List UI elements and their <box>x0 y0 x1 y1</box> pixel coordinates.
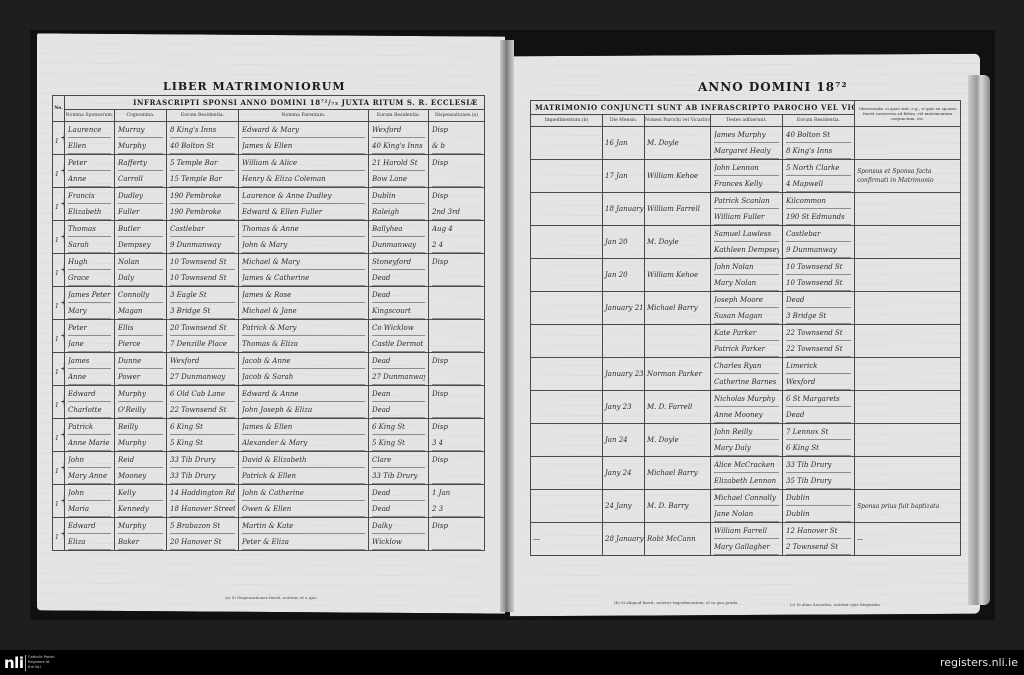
impediment <box>531 490 603 523</box>
observations: Sponsus et Sponsa facta confirmati in Ma… <box>855 160 961 193</box>
entry-line: Peter <box>68 321 111 336</box>
entry-line: Murphy <box>118 139 163 154</box>
entry-line: Dempsey <box>118 238 163 253</box>
observations <box>855 127 961 160</box>
parents-residence: DeanDead <box>369 386 429 419</box>
header-observations: Observanda, si quae sint; e.g., si quis … <box>855 101 961 127</box>
entry-line: Disp <box>432 519 481 534</box>
entry-line: James & Ellen <box>242 420 365 435</box>
surnames: KellyKennedy <box>115 485 167 518</box>
parents: Michael & MaryJames & Catherine <box>239 254 369 287</box>
entry-line: Kelly <box>118 486 163 501</box>
entry-number: 1{ <box>53 221 65 254</box>
entry-line <box>432 469 481 484</box>
priest-text: M. Doyle <box>647 436 679 444</box>
entry-line: Stoneyford <box>372 255 425 270</box>
entry-line: Magan <box>118 304 163 319</box>
entry-line: Disp <box>432 420 481 435</box>
impediment <box>531 193 603 226</box>
surnames: ReillyMurphy <box>115 419 167 452</box>
col-header-impediment: Impedimentum.(b) <box>531 115 603 127</box>
entry-line: John Joseph & Eliza <box>242 403 365 418</box>
marriage-celebration-row: 18 JanuaryWilliam FarrellPatrick Scanlan… <box>531 193 961 226</box>
dispensation: Disp <box>429 518 485 551</box>
entry-line: Dead <box>372 403 425 418</box>
marriage-entry-row: 1{James PeterMaryConnollyMagan3 Eagle St… <box>53 287 485 320</box>
parents-residence: 6 King St5 King St <box>369 419 429 452</box>
officiating-priest: M. D. Farrell <box>645 391 711 424</box>
marriage-date <box>603 325 645 358</box>
entry-line: 6 King St <box>170 420 235 435</box>
entry-line: Rafferty <box>118 156 163 171</box>
parents-residence: DalkyWicklow <box>369 518 429 551</box>
entry-line: 2 Townsend St <box>786 540 851 555</box>
date-text: 24 Jany <box>605 502 632 510</box>
entry-line: Henry & Eliza Coleman <box>242 172 365 187</box>
entry-line: John Reilly <box>714 425 779 440</box>
surnames: ButlerDempsey <box>115 221 167 254</box>
entry-line: Maria <box>68 502 111 517</box>
entry-line: Kilcommon <box>786 194 851 209</box>
witness-residence: Dead3 Bridge St <box>783 292 855 325</box>
entry-line: Dead <box>372 354 425 369</box>
page-title-left: LIBER MATRIMONIORUM <box>163 80 346 93</box>
surnames: ConnollyMagan <box>115 287 167 320</box>
marriage-celebration-row: Jan 20M. DoyleSamuel LawlessKathleen Dem… <box>531 226 961 259</box>
entry-line: 5 King St <box>170 436 235 451</box>
entry-line: Mary Daly <box>714 441 779 456</box>
entry-line: Disp <box>432 189 481 204</box>
date-text: Jany 24 <box>605 469 632 477</box>
entry-line <box>432 337 481 352</box>
entry-line: 190 St Edmunds <box>786 210 851 225</box>
entry-line: Ellen <box>68 139 111 154</box>
entry-line: Disp <box>432 156 481 171</box>
marriage-date: 18 January <box>603 193 645 226</box>
date-text: Jany 23 <box>605 403 632 411</box>
entry-line: 2 4 <box>432 238 481 253</box>
entry-line: Michael Connolly <box>714 491 779 506</box>
witness-residence: LimerickWexford <box>783 358 855 391</box>
priest-text: M. D. Barry <box>647 502 688 510</box>
book-gutter <box>500 40 514 612</box>
entry-line: 6 St Margarets <box>786 392 851 407</box>
parents: John & CatherineOwen & Ellen <box>239 485 369 518</box>
entry-line: John & Catherine <box>242 486 365 501</box>
parents-residence: Wexford40 King's Inns <box>369 122 429 155</box>
officiating-priest: Norman Parker <box>645 358 711 391</box>
entry-line: 4 Mapwell <box>786 177 851 192</box>
marriage-entry-row: 1{JamesAnneDunnePowerWexford27 Dunmanway… <box>53 353 485 386</box>
entry-line: Edward & Mary <box>242 123 365 138</box>
header-number: No. <box>53 96 65 122</box>
entry-line: Reid <box>118 453 163 468</box>
groom-bride-names: James PeterMary <box>65 287 115 320</box>
entry-line: Baker <box>118 535 163 550</box>
entry-line: Thomas & Anne <box>242 222 365 237</box>
entry-line: Frances Kelly <box>714 177 779 192</box>
entry-line: Dead <box>372 271 425 286</box>
parents: David & ElizabethPatrick & Ellen <box>239 452 369 485</box>
groom-bride-names: JohnMary Anne <box>65 452 115 485</box>
groom-bride-names: JohnMaria <box>65 485 115 518</box>
entry-line: 6 Old Cab Lane <box>170 387 235 402</box>
entry-line <box>432 403 481 418</box>
entry-line: Patrick & Mary <box>242 321 365 336</box>
footnote-c: (c) Si alius Sacerdos, notetur ejus Disp… <box>790 602 881 607</box>
dispensation <box>429 320 485 353</box>
marriage-register-table-right: MATRIMONIO CONJUNCTI SUNT AB INFRASCRIPT… <box>530 100 961 556</box>
entry-line: 33 Tib Drury <box>786 458 851 473</box>
entry-line: 3 Bridge St <box>786 309 851 324</box>
entry-line: Peter <box>68 156 111 171</box>
header-matrimonio: MATRIMONIO CONJUNCTI SUNT AB INFRASCRIPT… <box>531 101 855 115</box>
entry-line: 6 King St <box>372 420 425 435</box>
observations <box>855 226 961 259</box>
entry-line: James Murphy <box>714 128 779 143</box>
priest-text: William Farrell <box>647 205 700 213</box>
date-text: Jan 20 <box>605 238 628 246</box>
entry-line: 9 Dunmanway <box>786 243 851 258</box>
entry-line: James Peter <box>68 288 111 303</box>
entry-number: 1{ <box>53 518 65 551</box>
entry-line: 9 Dunmanway <box>170 238 235 253</box>
brace-icon: { <box>59 358 65 379</box>
entry-line: Martin & Kate <box>242 519 365 534</box>
entry-line: Co Wicklow <box>372 321 425 336</box>
entry-line: Wexford <box>372 123 425 138</box>
entry-line <box>432 288 481 303</box>
entry-line: 7 Lennox St <box>786 425 851 440</box>
surnames: DunnePower <box>115 353 167 386</box>
dispensation: Disp <box>429 386 485 419</box>
marriage-entry-row: 1{PatrickAnne MarieReillyMurphy6 King St… <box>53 419 485 452</box>
residence: 20 Townsend St7 Denzille Place <box>167 320 239 353</box>
priest-text: William Kehoe <box>647 271 698 279</box>
entry-line: 27 Dunmanway <box>372 370 425 385</box>
entry-line: Susan Magan <box>714 309 779 324</box>
entry-line: Clare <box>372 453 425 468</box>
parents-residence: DublinRaleigh <box>369 188 429 221</box>
entry-line: Dublin <box>786 491 851 506</box>
marriage-date: Jany 23 <box>603 391 645 424</box>
entry-line: Anne Marie <box>68 436 111 451</box>
parents: Edward & AnneJohn Joseph & Eliza <box>239 386 369 419</box>
entry-line: Kate Parker <box>714 326 779 341</box>
parents-residence: Dead27 Dunmanway <box>369 353 429 386</box>
witnesses: Samuel LawlessKathleen Dempsey <box>711 226 783 259</box>
witness-residence: 6 St MargaretsDead <box>783 391 855 424</box>
entry-line: Francis <box>68 189 111 204</box>
entry-line: 2nd 3rd <box>432 205 481 220</box>
entry-line: James & Catherine <box>242 271 365 286</box>
entry-number: 1{ <box>53 188 65 221</box>
impediment <box>531 127 603 160</box>
entry-line: Dublin <box>786 507 851 522</box>
entry-line: Kathleen Dempsey <box>714 243 779 258</box>
entry-line: John Lennon <box>714 161 779 176</box>
parents: Martin & KatePeter & Eliza <box>239 518 369 551</box>
entry-line: 33 Tib Drury <box>170 453 235 468</box>
marriage-date: Jan 24 <box>603 424 645 457</box>
parents-residence: StoneyfordDead <box>369 254 429 287</box>
witness-residence: 10 Townsend St10 Townsend St <box>783 259 855 292</box>
col-header-names: Nomina Sponsorum. <box>65 110 115 122</box>
priest-text: Norman Parker <box>647 370 702 378</box>
priest-text: Michael Barry <box>647 469 698 477</box>
logo-subtitle-line: the NLI <box>28 665 55 670</box>
observations: — <box>855 523 961 556</box>
witness-residence: 22 Townsend St22 Townsend St <box>783 325 855 358</box>
officiating-priest: Michael Barry <box>645 457 711 490</box>
residence: Castlebar9 Dunmanway <box>167 221 239 254</box>
officiating-priest: William Farrell <box>645 193 711 226</box>
entry-line: Catherine Barnes <box>714 375 779 390</box>
marriage-entry-row: 1{JohnMariaKellyKennedy14 Haddington Rd1… <box>53 485 485 518</box>
entry-line: William Farrell <box>714 524 779 539</box>
entry-line: Michael & Jane <box>242 304 365 319</box>
marriage-entry-row: 1{PeterJaneEllisPierce20 Townsend St7 De… <box>53 320 485 353</box>
groom-bride-names: FrancisElizabeth <box>65 188 115 221</box>
surnames: RaffertyCarroll <box>115 155 167 188</box>
officiating-priest: Robt McCann <box>645 523 711 556</box>
groom-bride-names: JamesAnne <box>65 353 115 386</box>
observations-text: Sponsus et Sponsa facta confirmati in Ma… <box>857 168 934 184</box>
entry-line: 5 Temple Bar <box>170 156 235 171</box>
residence: 5 Brabazon St20 Hanover St <box>167 518 239 551</box>
marriage-celebration-row: Jan 24M. DoyleJohn ReillyMary Daly7 Lenn… <box>531 424 961 457</box>
marriage-celebration-row: January 23Norman ParkerCharles RyanCathe… <box>531 358 961 391</box>
entry-line: 190 Pembroke <box>170 205 235 220</box>
officiating-priest: M. D. Barry <box>645 490 711 523</box>
marriage-celebration-row: —28 JanuaryRobt McCannWilliam FarrellMar… <box>531 523 961 556</box>
entry-line: Nolan <box>118 255 163 270</box>
entry-line: Disp <box>432 123 481 138</box>
witnesses: Charles RyanCatherine Barnes <box>711 358 783 391</box>
dispensation: Disp2nd 3rd <box>429 188 485 221</box>
date-text: 16 Jan <box>605 139 628 147</box>
nli-logo[interactable]: nli <box>4 654 23 672</box>
entry-line: 40 Bolton St <box>170 139 235 154</box>
entry-line: 3 Eagle St <box>170 288 235 303</box>
entry-line: Disp <box>432 453 481 468</box>
brace-icon: { <box>59 424 65 445</box>
entry-line: 20 Hanover St <box>170 535 235 550</box>
entry-line: Patrick & Ellen <box>242 469 365 484</box>
residence: 3 Eagle St3 Bridge St <box>167 287 239 320</box>
surnames: MurphyO'Reilly <box>115 386 167 419</box>
entry-line: Edward & Anne <box>242 387 365 402</box>
observations: Sponsa prius fuit baptizata <box>855 490 961 523</box>
footer-bar <box>0 650 1024 675</box>
entry-line: Reilly <box>118 420 163 435</box>
entry-line: Dead <box>786 293 851 308</box>
observations <box>855 391 961 424</box>
impediment <box>531 226 603 259</box>
entry-line: Edward <box>68 519 111 534</box>
entry-line: 7 Denzille Place <box>170 337 235 352</box>
entry-line: Kingscourt <box>372 304 425 319</box>
entry-line: Hugh <box>68 255 111 270</box>
brace-icon: { <box>59 391 65 412</box>
impediment <box>531 424 603 457</box>
marriage-celebration-row: 16 JanM. DoyleJames MurphyMargaret Healy… <box>531 127 961 160</box>
entry-line: 22 Townsend St <box>786 326 851 341</box>
residence: 190 Pembroke190 Pembroke <box>167 188 239 221</box>
parents-residence: DeadKingscourt <box>369 287 429 320</box>
entry-line: 10 Townsend St <box>170 255 235 270</box>
col-header-dispensations: Dispensationes.(a) <box>429 110 485 122</box>
entry-line: Owen & Ellen <box>242 502 365 517</box>
entry-line: Grace <box>68 271 111 286</box>
residence: 33 Tib Drury33 Tib Drury <box>167 452 239 485</box>
marriage-entry-row: 1{EdwardElizaMurphyBaker5 Brabazon St20 … <box>53 518 485 551</box>
marriage-celebration-row: Jany 23M. D. FarrellNicholas MurphyAnne … <box>531 391 961 424</box>
groom-bride-names: HughGrace <box>65 254 115 287</box>
priest-text: Michael Barry <box>647 304 698 312</box>
marriage-date: 28 January <box>603 523 645 556</box>
witnesses: William FarrellMary Gallagher <box>711 523 783 556</box>
witnesses: Kate ParkerPatrick Parker <box>711 325 783 358</box>
officiating-priest: M. Doyle <box>645 424 711 457</box>
groom-bride-names: PatrickAnne Marie <box>65 419 115 452</box>
entry-line: Edward & Ellen Fuller <box>242 205 365 220</box>
residence: 5 Temple Bar15 Temple Bar <box>167 155 239 188</box>
col-header-parents-residence: Eorum Residentia. <box>369 110 429 122</box>
observations <box>855 358 961 391</box>
entry-line: 35 Tib Drury <box>786 474 851 489</box>
entry-line: 5 North Clarke <box>786 161 851 176</box>
brace-icon: { <box>59 490 65 511</box>
marriage-entry-row: 1{HughGraceNolanDaly10 Townsend St10 Tow… <box>53 254 485 287</box>
observations <box>855 259 961 292</box>
priest-text: M. D. Farrell <box>647 403 692 411</box>
officiating-priest <box>645 325 711 358</box>
observations <box>855 424 961 457</box>
registers-site-link[interactable]: registers.nli.ie <box>940 656 1018 669</box>
entry-line: Michael & Mary <box>242 255 365 270</box>
entry-line: John & Mary <box>242 238 365 253</box>
marriage-date: Jan 20 <box>603 226 645 259</box>
priest-text: M. Doyle <box>647 238 679 246</box>
entry-line: Disp <box>432 354 481 369</box>
parents-residence: 21 Harold StBow Lane <box>369 155 429 188</box>
entry-line: John <box>68 486 111 501</box>
dispensation: Aug 42 4 <box>429 221 485 254</box>
entry-line: & b <box>432 139 481 154</box>
entry-number: 1{ <box>53 386 65 419</box>
officiating-priest: William Kehoe <box>645 160 711 193</box>
entry-line: James & Ellen <box>242 139 365 154</box>
entry-line: Laurence & Anne Dudley <box>242 189 365 204</box>
entry-line: Wexford <box>170 354 235 369</box>
entry-line: Castle Dermot <box>372 337 425 352</box>
marriage-celebration-row: Jany 24Michael BarryAlice McCrackenEliza… <box>531 457 961 490</box>
entry-line: Anne <box>68 172 111 187</box>
entry-number: 1{ <box>53 419 65 452</box>
entry-line: Bow Lane <box>372 172 425 187</box>
parents: Jacob & AnneJacob & Sarah <box>239 353 369 386</box>
entry-line: 21 Harold St <box>372 156 425 171</box>
witness-residence: Kilcommon190 St Edmunds <box>783 193 855 226</box>
date-text: January 23 <box>605 370 644 378</box>
entry-line: 8 King's Inns <box>786 144 851 159</box>
marriage-date: 16 Jan <box>603 127 645 160</box>
witnesses: John ReillyMary Daly <box>711 424 783 457</box>
entry-line: William Fuller <box>714 210 779 225</box>
col-header-residence: Eorum Residentia. <box>167 110 239 122</box>
entry-line: Alice McCracken <box>714 458 779 473</box>
marriage-date: January 23 <box>603 358 645 391</box>
impediment <box>531 160 603 193</box>
logo-divider <box>25 655 26 671</box>
parents: Patrick & MaryThomas & Eliza <box>239 320 369 353</box>
entry-line <box>432 304 481 319</box>
parents-residence: BallyheaDunmanway <box>369 221 429 254</box>
date-text: Jan 24 <box>605 436 628 444</box>
witnesses: John NolanMary Nolan <box>711 259 783 292</box>
entry-line: Dudley <box>118 189 163 204</box>
nli-logo-subtitle: Catholic Parish Registers at the NLI <box>28 655 55 670</box>
entry-line: 40 Bolton St <box>786 128 851 143</box>
entry-line: 12 Hanover St <box>786 524 851 539</box>
marriage-date: 24 Jany <box>603 490 645 523</box>
entry-number: 1{ <box>53 485 65 518</box>
entry-line: 20 Townsend St <box>170 321 235 336</box>
impediment: — <box>531 523 603 556</box>
entry-number: 1{ <box>53 155 65 188</box>
witness-residence: 7 Lennox St6 King St <box>783 424 855 457</box>
page-title-right: ANNO DOMINI 18⁷² <box>698 80 848 94</box>
entry-line: 15 Temple Bar <box>170 172 235 187</box>
brace-icon: { <box>59 259 65 280</box>
entry-line <box>432 321 481 336</box>
officiating-priest: William Kehoe <box>645 259 711 292</box>
observations <box>855 457 961 490</box>
brace-icon: { <box>59 127 65 148</box>
entry-line: Anne <box>68 370 111 385</box>
entry-line: Murphy <box>118 436 163 451</box>
entry-line: 33 Tib Drury <box>372 469 425 484</box>
entry-line: Dublin <box>372 189 425 204</box>
entry-line: Jane <box>68 337 111 352</box>
entry-line: Charles Ryan <box>714 359 779 374</box>
brace-icon: { <box>59 523 65 544</box>
entry-line: Sarah <box>68 238 111 253</box>
entry-line: Daly <box>118 271 163 286</box>
entry-line: Mooney <box>118 469 163 484</box>
parents: Edward & MaryJames & Ellen <box>239 122 369 155</box>
entry-number: 1{ <box>53 287 65 320</box>
date-text: January 21 <box>605 304 644 312</box>
entry-line: Jane Nolan <box>714 507 779 522</box>
entry-line: 6 King St <box>786 441 851 456</box>
entry-line: Dean <box>372 387 425 402</box>
entry-line: William & Alice <box>242 156 365 171</box>
entry-line: Raleigh <box>372 205 425 220</box>
marriage-date: Jan 20 <box>603 259 645 292</box>
residence: 8 King's Inns40 Bolton St <box>167 122 239 155</box>
dispensation: Disp& b <box>429 122 485 155</box>
observations-text: — <box>857 536 863 543</box>
parents: Thomas & AnneJohn & Mary <box>239 221 369 254</box>
entry-line: Mary Anne <box>68 469 111 484</box>
brace-icon: { <box>59 193 65 214</box>
brace-icon: { <box>59 325 65 346</box>
surnames: MurphyBaker <box>115 518 167 551</box>
surnames: ReidMooney <box>115 452 167 485</box>
marriage-entry-row: 1{PeterAnneRaffertyCarroll5 Temple Bar15… <box>53 155 485 188</box>
